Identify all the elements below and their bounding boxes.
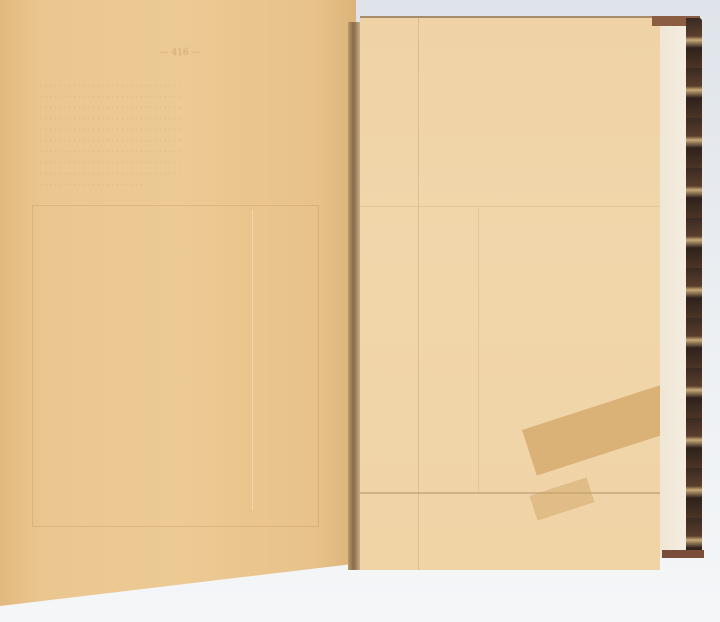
show-through-text: · · · · · · · · · · · · · · · · · · · · … <box>40 80 312 190</box>
fold-line-vertical <box>418 18 419 570</box>
text-line: · · · · · · · · · · · · · · · · · · · · … <box>40 113 312 124</box>
marbled-cover-edge <box>686 18 702 558</box>
fold-line-inner <box>478 208 479 492</box>
text-line: · · · · · · · · · · · · · · · · · · · · … <box>40 80 312 91</box>
page-number: — 416 — <box>150 48 210 58</box>
text-line: · · · · · · · · · · · · · · · · · · · · … <box>40 124 312 135</box>
text-line: · · · · · · · · · · · · · · · · · · · · … <box>40 91 312 102</box>
plate-edge <box>252 210 315 510</box>
right-page-folded-sheet <box>360 16 660 570</box>
text-line: · · · · · · · · · · · · · · · · · · · · … <box>40 179 312 190</box>
cover-edge-bottom <box>662 550 704 558</box>
text-line: · · · · · · · · · · · · · · · · · · · · … <box>40 102 312 113</box>
text-line: · · · · · · · · · · · · · · · · · · · · … <box>40 168 312 179</box>
fold-line-upper <box>360 206 660 207</box>
text-line: · · · · · · · · · · · · · · · · · · · · … <box>40 157 312 168</box>
text-line: · · · · · · · · · · · · · · · · · · · · … <box>40 146 312 157</box>
text-line: · · · · · · · · · · · · · · · · · · · · … <box>40 135 312 146</box>
left-page: — 416 — · · · · · · · · · · · · · · · · … <box>0 0 356 606</box>
fold-line-horizontal <box>360 492 660 494</box>
